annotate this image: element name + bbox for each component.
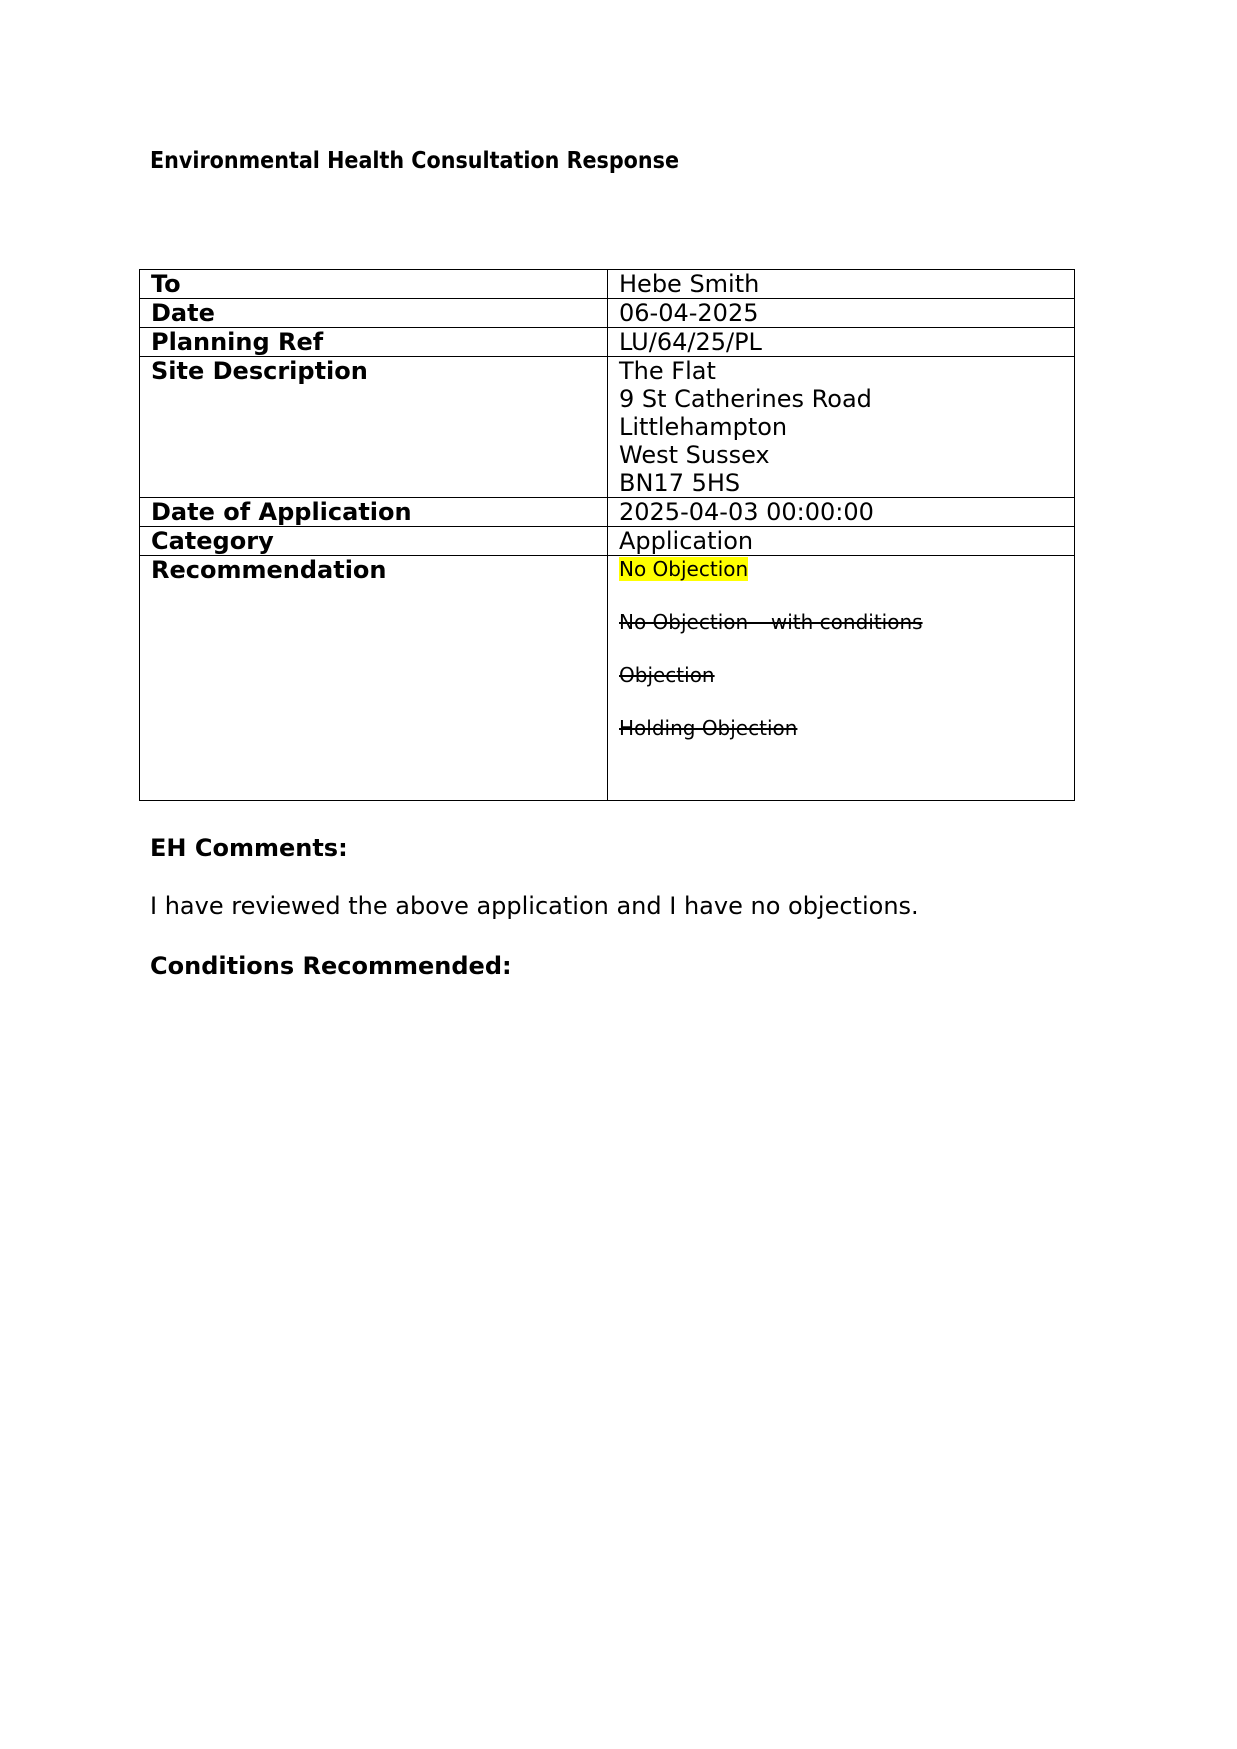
table-row-planning-ref: Planning Ref LU/64/25/PL <box>140 328 1075 357</box>
table-row-date: Date 06-04-2025 <box>140 299 1075 328</box>
category-value: Application <box>608 527 1075 556</box>
document-title: Environmental Health Consultation Respon… <box>150 148 679 174</box>
table-row-recommendation: Recommendation No Objection No Objection… <box>140 556 1075 801</box>
site-description-label: Site Description <box>140 357 608 498</box>
date-label: Date <box>140 299 608 328</box>
recommendation-option-struck: No Objection – with conditions <box>619 609 1063 635</box>
address-line: West Sussex <box>619 441 1063 469</box>
address-line: 9 St Catherines Road <box>619 385 1063 413</box>
address-line: Littlehampton <box>619 413 1063 441</box>
to-value: Hebe Smith <box>608 270 1075 299</box>
consultation-info-table: To Hebe Smith Date 06-04-2025 Planning R… <box>139 269 1075 801</box>
eh-comments-heading: EH Comments: <box>150 834 348 862</box>
table-row-to: To Hebe Smith <box>140 270 1075 299</box>
to-label: To <box>140 270 608 299</box>
address-line: The Flat <box>619 357 1063 385</box>
planning-ref-value: LU/64/25/PL <box>608 328 1075 357</box>
highlighted-text: No Objection <box>619 557 748 581</box>
eh-comments-text: I have reviewed the above application an… <box>150 892 919 920</box>
recommendation-options: No Objection No Objection – with conditi… <box>608 556 1075 801</box>
site-description-value: The Flat 9 St Catherines Road Littlehamp… <box>608 357 1075 498</box>
table-row-site-description: Site Description The Flat 9 St Catherine… <box>140 357 1075 498</box>
date-value: 06-04-2025 <box>608 299 1075 328</box>
table-row-category: Category Application <box>140 527 1075 556</box>
address-line: BN17 5HS <box>619 469 1063 497</box>
date-of-application-label: Date of Application <box>140 498 608 527</box>
recommendation-option-struck: Objection <box>619 662 1063 688</box>
planning-ref-label: Planning Ref <box>140 328 608 357</box>
category-label: Category <box>140 527 608 556</box>
recommendation-label: Recommendation <box>140 556 608 801</box>
recommendation-option-selected: No Objection <box>619 556 1063 582</box>
conditions-heading: Conditions Recommended: <box>150 952 512 980</box>
date-of-application-value: 2025-04-03 00:00:00 <box>608 498 1075 527</box>
recommendation-option-struck: Holding Objection <box>619 715 1063 741</box>
table-row-date-of-application: Date of Application 2025-04-03 00:00:00 <box>140 498 1075 527</box>
